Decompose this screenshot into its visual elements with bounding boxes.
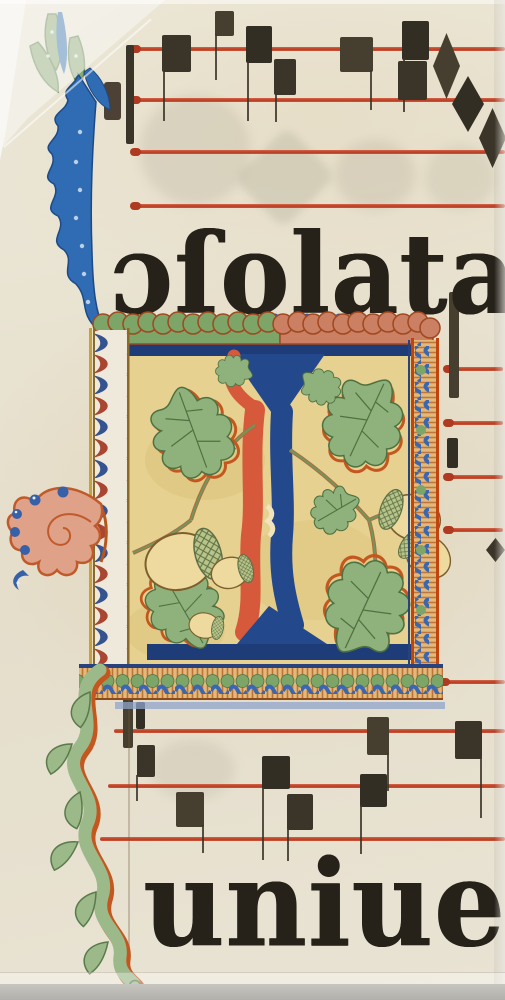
neume-square	[367, 717, 389, 755]
neume-square	[455, 721, 482, 759]
neume-square	[398, 61, 427, 100]
neume-square	[287, 794, 313, 830]
staff-line	[114, 729, 505, 733]
letter-stem-red	[245, 410, 255, 632]
crest-border	[93, 312, 440, 350]
marginal-green-vine	[8, 652, 158, 997]
neume-square	[176, 792, 204, 827]
neume-square	[340, 37, 373, 72]
neume-square	[360, 774, 387, 807]
neume-square	[402, 21, 429, 60]
staff-line	[108, 784, 505, 788]
top-edge-highlight	[0, 0, 505, 4]
neume-square	[162, 35, 191, 72]
neume-square	[262, 756, 290, 789]
neume-tail	[275, 93, 277, 122]
leaf-blue-curl	[13, 570, 29, 590]
neume-diamond	[433, 33, 460, 99]
neume-tail	[215, 34, 217, 80]
neume-square	[246, 26, 272, 63]
staff-line	[134, 98, 505, 102]
staff-line	[134, 150, 505, 154]
marginal-pink-leaf	[5, 462, 117, 602]
bottom-backdrop-band	[0, 984, 505, 1000]
staff-line-start	[130, 148, 141, 156]
neume-square	[274, 59, 296, 95]
sprig-blue-flame	[48, 74, 104, 330]
neume-tail	[387, 753, 389, 791]
right-border	[408, 338, 439, 668]
neume-square	[215, 11, 234, 36]
neume-tail	[163, 70, 165, 121]
neume-tail	[370, 70, 372, 110]
neume-tail	[480, 757, 482, 818]
letter-stem-blue	[281, 412, 293, 625]
neume-tail	[247, 61, 249, 121]
chant-text-line: uniuerſa	[143, 848, 505, 962]
right-edge-shadow	[494, 0, 505, 1000]
manuscript-page: ɔſolata uniuerſa	[0, 0, 505, 1000]
neume-diamond	[452, 76, 484, 132]
